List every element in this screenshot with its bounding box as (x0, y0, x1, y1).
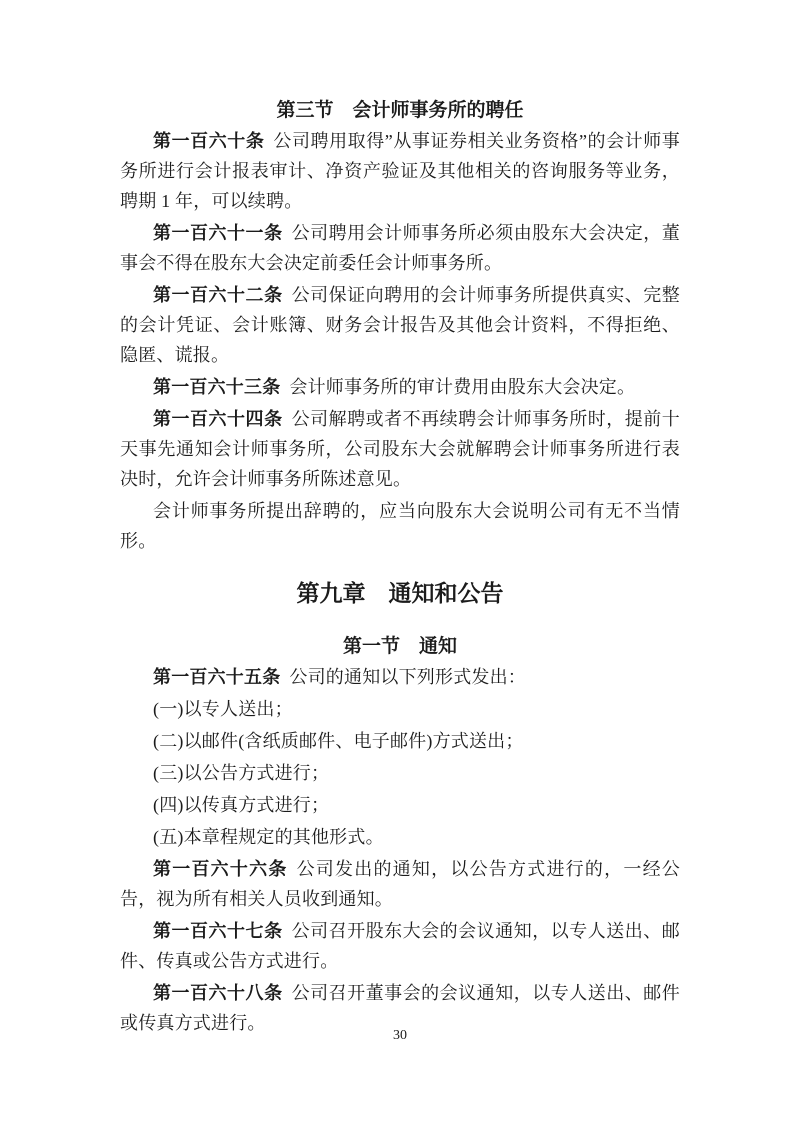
article-165-text: 公司的通知以下列形式发出： (289, 667, 526, 687)
article-163: 第一百六十三条会计师事务所的审计费用由股东大会决定。 (120, 372, 680, 402)
document-page: 第三节 会计师事务所的聘任 第一百六十条公司聘用取得”从事证券相关业务资格”的会… (0, 0, 800, 1131)
chapter-9-heading: 第九章 通知和公告 (120, 578, 680, 610)
article-165: 第一百六十五条公司的通知以下列形式发出： (120, 662, 680, 692)
article-162: 第一百六十二条公司保证向聘用的会计师事务所提供真实、完整的会计凭证、会计账簿、财… (120, 280, 680, 370)
article-164-continuation: 会计师事务所提出辞聘的，应当向股东大会说明公司有无不当情形。 (120, 496, 680, 556)
page-number: 30 (0, 1028, 800, 1044)
article-160-number: 第一百六十条 (153, 131, 264, 151)
notice-form-item-5: (五)本章程规定的其他形式。 (120, 822, 680, 852)
section-3-heading: 第三节 会计师事务所的聘任 (120, 96, 680, 126)
article-166: 第一百六十六条公司发出的通知，以公告方式进行的，一经公告，视为所有相关人员收到通… (120, 854, 680, 914)
article-164: 第一百六十四条公司解聘或者不再续聘会计师事务所时，提前十天事先通知会计师事务所，… (120, 404, 680, 494)
article-167: 第一百六十七条公司召开股东大会的会议通知，以专人送出、邮件、传真或公告方式进行。 (120, 916, 680, 976)
notice-form-item-2: (二)以邮件(含纸质邮件、电子邮件)方式送出； (120, 726, 680, 756)
notice-form-item-1: (一)以专人送出； (120, 694, 680, 724)
article-166-number: 第一百六十六条 (153, 859, 288, 879)
notice-form-item-4: (四)以传真方式进行； (120, 790, 680, 820)
article-167-number: 第一百六十七条 (153, 921, 283, 941)
article-161: 第一百六十一条公司聘用会计师事务所必须由股东大会决定，董事会不得在股东大会决定前… (120, 218, 680, 278)
section-1-heading: 第一节 通知 (120, 632, 680, 662)
article-163-text: 会计师事务所的审计费用由股东大会决定。 (289, 377, 635, 397)
article-168-number: 第一百六十八条 (153, 983, 283, 1003)
article-162-number: 第一百六十二条 (153, 285, 283, 305)
notice-form-item-3: (三)以公告方式进行； (120, 758, 680, 788)
article-161-number: 第一百六十一条 (153, 223, 283, 243)
article-165-number: 第一百六十五条 (153, 667, 280, 687)
article-164-number: 第一百六十四条 (153, 409, 283, 429)
article-163-number: 第一百六十三条 (153, 377, 280, 397)
article-160: 第一百六十条公司聘用取得”从事证券相关业务资格”的会计师事务所进行会计报表审计、… (120, 126, 680, 216)
